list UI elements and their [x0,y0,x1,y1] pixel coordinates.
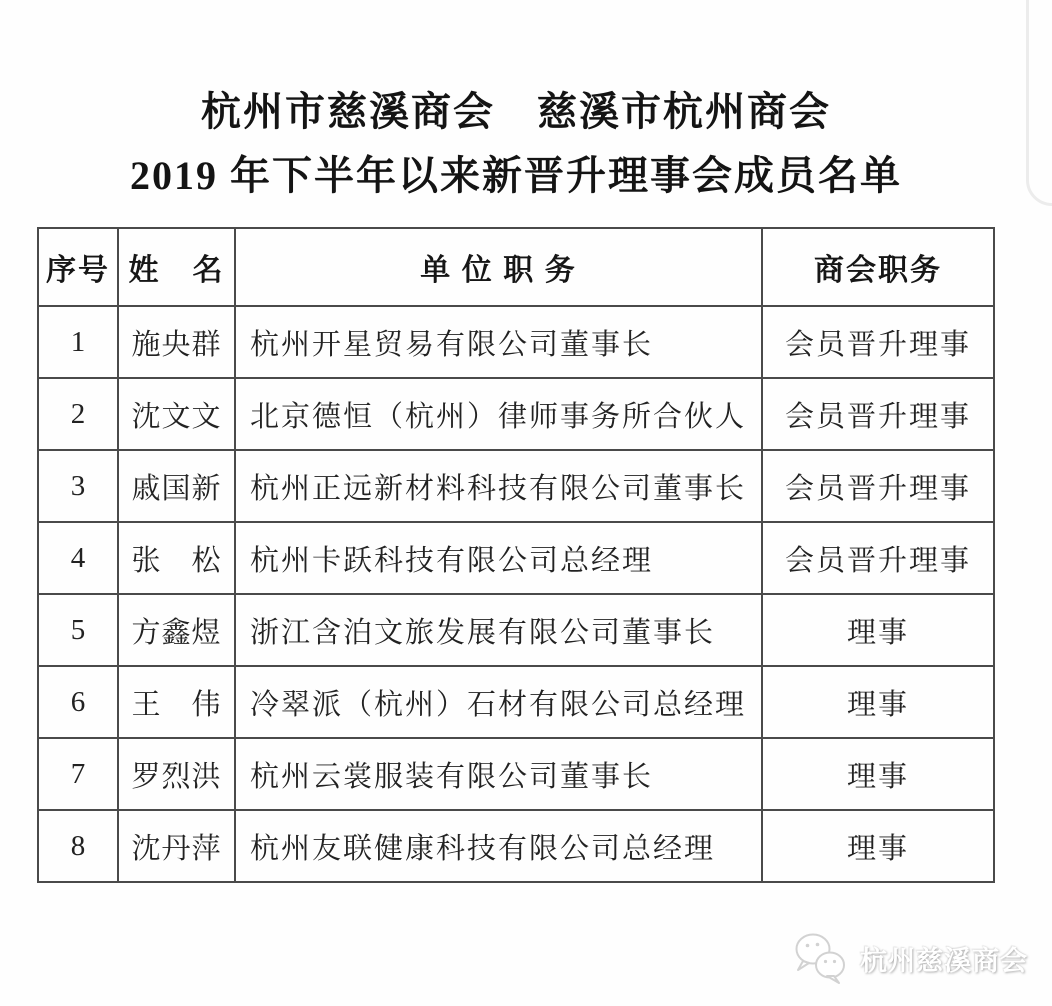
table-row: 7 罗烈洪 杭州云裳服装有限公司董事长 理事 [38,738,994,810]
table-row: 1 施央群 杭州开星贸易有限公司董事长 会员晋升理事 [38,306,994,378]
col-header-name: 姓 名 [118,228,235,306]
cell-index: 8 [38,810,118,882]
cell-chamber-role: 理事 [762,810,994,882]
watermark: 杭州慈溪商会 [792,930,1028,986]
cell-chamber-role: 会员晋升理事 [762,306,994,378]
cell-company-position: 杭州友联健康科技有限公司总经理 [235,810,762,882]
table-row: 8 沈丹萍 杭州友联健康科技有限公司总经理 理事 [38,810,994,882]
cell-chamber-role: 理事 [762,594,994,666]
cell-index: 5 [38,594,118,666]
cell-name: 沈文文 [118,378,235,450]
cell-company-position: 北京德恒（杭州）律师事务所合伙人 [235,378,762,450]
cell-company-position: 杭州正远新材料科技有限公司董事长 [235,450,762,522]
cell-name: 罗烈洪 [118,738,235,810]
cell-chamber-role: 会员晋升理事 [762,450,994,522]
document-page: 杭州市慈溪商会 慈溪市杭州商会 2019 年下半年以来新晋升理事会成员名单 序号… [0,0,1052,1006]
col-header-chamber-role: 商会职务 [762,228,994,306]
cell-company-position: 冷翠派（杭州）石材有限公司总经理 [235,666,762,738]
cell-name: 方鑫煜 [118,594,235,666]
cell-company-position: 浙江含泊文旅发展有限公司董事长 [235,594,762,666]
cell-name: 戚国新 [118,450,235,522]
cell-chamber-role: 理事 [762,738,994,810]
cell-index: 1 [38,306,118,378]
cell-company-position: 杭州卡跃科技有限公司总经理 [235,522,762,594]
cell-chamber-role: 会员晋升理事 [762,522,994,594]
watermark-label: 杭州慈溪商会 [860,939,1028,978]
col-header-company-position: 单 位 职 务 [235,228,762,306]
cell-name: 沈丹萍 [118,810,235,882]
cell-name: 张 松 [118,522,235,594]
cell-index: 2 [38,378,118,450]
cell-index: 7 [38,738,118,810]
wechat-logo-icon [792,930,850,986]
scrollbar-thumb[interactable] [1026,0,1052,206]
table-row: 3 戚国新 杭州正远新材料科技有限公司董事长 会员晋升理事 [38,450,994,522]
cell-chamber-role: 理事 [762,666,994,738]
page-title: 杭州市慈溪商会 慈溪市杭州商会 [0,80,1032,137]
cell-index: 6 [38,666,118,738]
cell-company-position: 杭州云裳服装有限公司董事长 [235,738,762,810]
cell-name: 施央群 [118,306,235,378]
table-row: 5 方鑫煜 浙江含泊文旅发展有限公司董事长 理事 [38,594,994,666]
members-table-body: 1 施央群 杭州开星贸易有限公司董事长 会员晋升理事 2 沈文文 北京德恒（杭州… [38,306,994,882]
cell-chamber-role: 会员晋升理事 [762,378,994,450]
table-row: 6 王 伟 冷翠派（杭州）石材有限公司总经理 理事 [38,666,994,738]
cell-name: 王 伟 [118,666,235,738]
col-header-index: 序号 [38,228,118,306]
cell-company-position: 杭州开星贸易有限公司董事长 [235,306,762,378]
cell-index: 4 [38,522,118,594]
page-subtitle: 2019 年下半年以来新晋升理事会成员名单 [0,144,1032,201]
table-row: 4 张 松 杭州卡跃科技有限公司总经理 会员晋升理事 [38,522,994,594]
cell-index: 3 [38,450,118,522]
table-header-row: 序号 姓 名 单 位 职 务 商会职务 [38,228,994,306]
table-row: 2 沈文文 北京德恒（杭州）律师事务所合伙人 会员晋升理事 [38,378,994,450]
members-table: 序号 姓 名 单 位 职 务 商会职务 1 施央群 杭州开星贸易有限公司董事长 … [37,227,995,883]
